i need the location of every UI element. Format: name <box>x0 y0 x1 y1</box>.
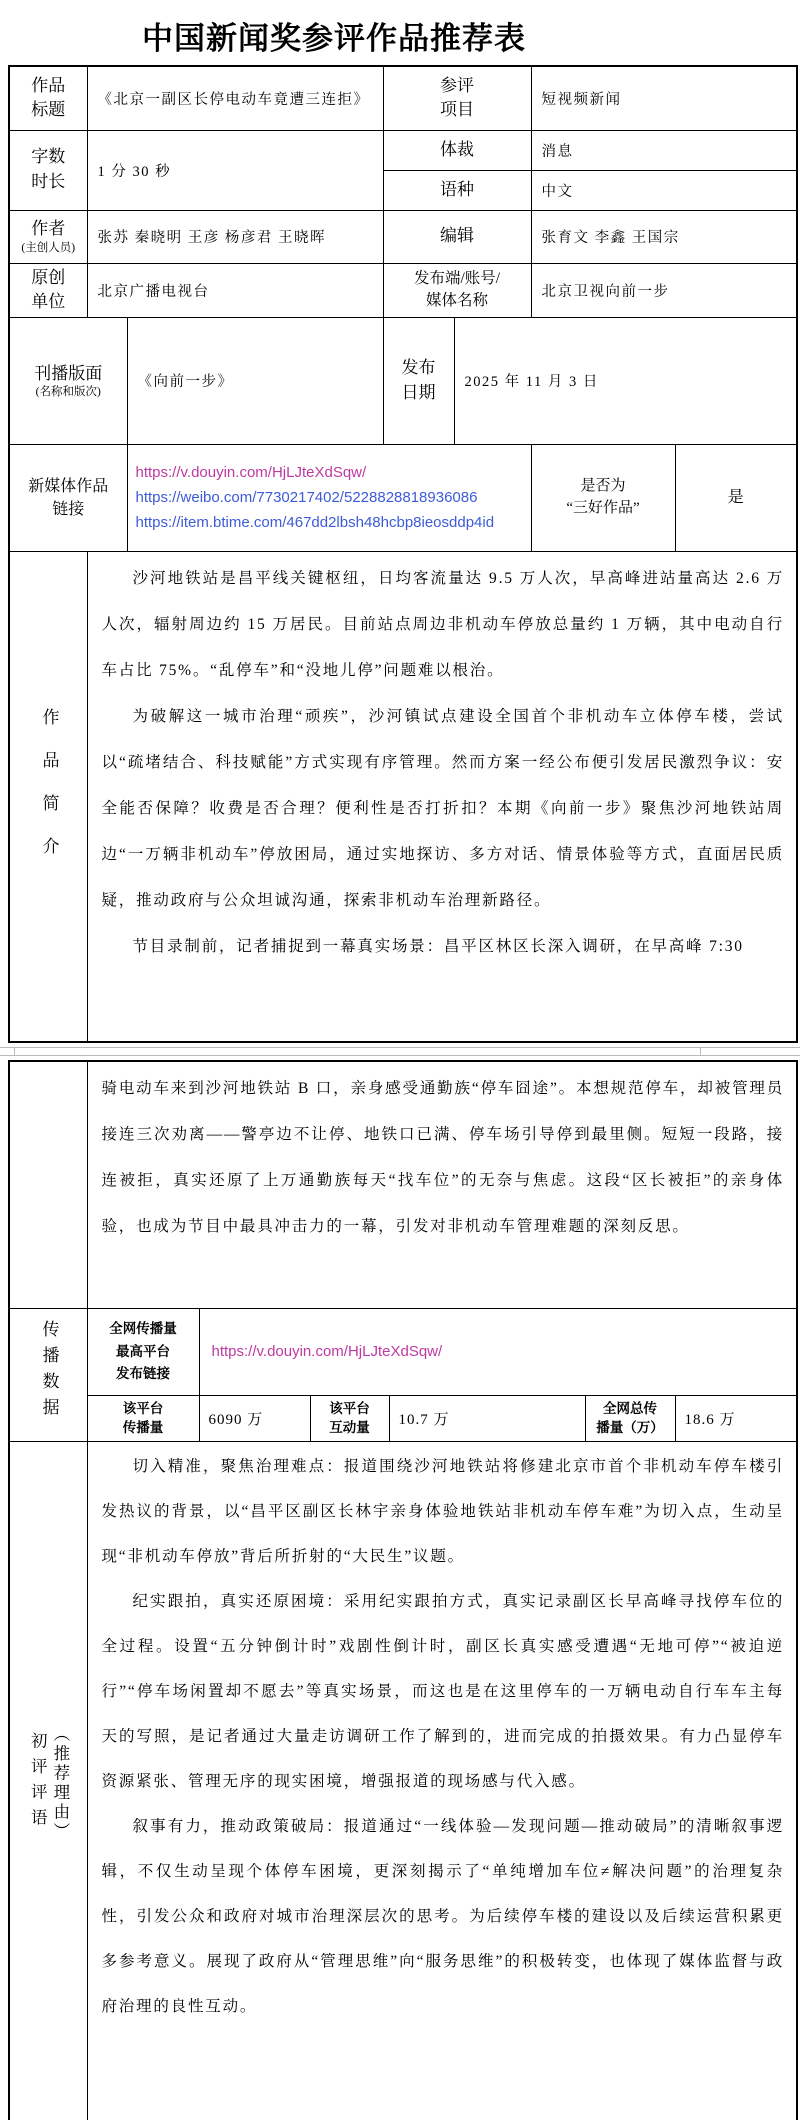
intro-continuation-text: 骑电动车来到沙河地铁站 B 口，亲身感受通勤族“停车囧途”。本想规范停车，却被管… <box>87 1061 797 1308</box>
platform-views-label: 该平台 传播量 <box>87 1395 199 1441</box>
review-text: 切入精准，聚焦治理难点：报道围绕沙河地铁站将修建北京市首个非机动车停车楼引发热议… <box>87 1441 797 2120</box>
length-value: 1 分 30 秒 <box>87 130 383 210</box>
recommendation-form-table-2: 骑电动车来到沙河地铁站 B 口，亲身感受通勤族“停车囧途”。本想规范停车，却被管… <box>8 1060 798 2120</box>
authors-value: 张苏 秦晓明 王彦 杨彦君 王晓晖 <box>87 210 383 263</box>
btime-link[interactable]: https://item.btime.com/467dd2lbsh48hcbp8… <box>136 514 495 531</box>
genre-value: 消息 <box>531 130 797 170</box>
intro-continuation-label-empty <box>9 1061 87 1308</box>
review-paragraph-2: 纪实跟拍，真实还原困境：采用纪实跟拍方式，真实记录副区长早高峰寻找停车位的全过程… <box>102 1579 785 1804</box>
authors-label-sub: (主创人员) <box>12 242 85 256</box>
intro-paragraph-1: 沙河地铁站是昌平线关键枢纽，日均客流量达 9.5 万人次，早高峰进站量高达 2.… <box>102 556 785 694</box>
top-platform-link[interactable]: https://v.douyin.com/HjLJteXdSqw/ <box>212 1343 443 1360</box>
sanhao-label: 是否为 “三好作品” <box>531 444 675 551</box>
row-authors: 作者(主创人员) 张苏 秦晓明 王彦 杨彦君 王晓晖 编辑 张育文 李鑫 王国宗 <box>9 210 797 263</box>
review-paragraph-3: 叙事有力，推动政策破局：报道通过“一线体验—发现问题—推动破局”的清晰叙事逻辑，… <box>102 1804 785 2029</box>
row-org: 原创 单位 北京广播电视台 发布端/账号/ 媒体名称 北京卫视向前一步 <box>9 263 797 317</box>
row-review: 初评评语 （推荐理由） 切入精准，聚焦治理难点：报道围绕沙河地铁站将修建北京市首… <box>9 1441 797 2120</box>
work-title-value: 《北京一副区长停电动车竟遭三连拒》 <box>87 66 383 130</box>
row-section: 刊播版面(名称和版次) 《向前一步》 发布 日期 2025 年 11 月 3 日 <box>9 317 797 444</box>
work-title-label: 作品 标题 <box>9 66 87 130</box>
section-value: 《向前一步》 <box>127 317 383 444</box>
recommendation-form-table-1: 作品 标题 《北京一副区长停电动车竟遭三连拒》 参评 项目 短视频新闻 字数 时… <box>8 65 798 1043</box>
review-paragraph-1: 切入精准，聚焦治理难点：报道围绕沙河地铁站将修建北京市首个非机动车停车楼引发热议… <box>102 1444 785 1579</box>
genre-label: 体裁 <box>383 130 531 170</box>
top-platform-label: 全网传播量 最高平台 发布链接 <box>87 1308 199 1395</box>
intro-paragraph-2: 为破解这一城市治理“顽疾”，沙河镇试点建设全国首个非机动车立体停车楼，尝试以“疏… <box>102 694 785 924</box>
intro-continuation-paragraph: 骑电动车来到沙河地铁站 B 口，亲身感受通勤族“停车囧途”。本想规范停车，却被管… <box>102 1066 785 1250</box>
intro-paragraph-3: 节目录制前，记者捕捉到一幕真实场景：昌平区林区长深入调研，在早高峰 7:30 <box>102 924 785 970</box>
editors-value: 张育文 李鑫 王国宗 <box>531 210 797 263</box>
publish-account-label: 发布端/账号/ 媒体名称 <box>383 263 531 317</box>
review-label: 初评评语 （推荐理由） <box>9 1441 87 2120</box>
publish-date-value: 2025 年 11 月 3 日 <box>454 317 797 444</box>
platform-interactions-label: 该平台 互动量 <box>310 1395 389 1441</box>
review-label-main: 初评评语 <box>27 1732 48 1834</box>
page-break <box>0 1043 800 1060</box>
length-label: 字数 时长 <box>9 130 87 210</box>
entry-category-value: 短视频新闻 <box>531 66 797 130</box>
total-views-value: 18.6 万 <box>675 1395 797 1441</box>
publish-account-value: 北京卫视向前一步 <box>531 263 797 317</box>
spread-data-label: 传播数据 <box>9 1308 87 1441</box>
language-value: 中文 <box>531 170 797 210</box>
platform-views-value: 6090 万 <box>199 1395 310 1441</box>
intro-label: 作品简介 <box>9 551 87 1042</box>
weibo-link[interactable]: https://weibo.com/7730217402/52288288189… <box>136 489 478 506</box>
row-intro-continuation: 骑电动车来到沙河地铁站 B 口，亲身感受通勤族“停车囧途”。本想规范停车，却被管… <box>9 1061 797 1308</box>
row-spread-top-platform: 传播数据 全网传播量 最高平台 发布链接 https://v.douyin.co… <box>9 1308 797 1395</box>
org-value: 北京广播电视台 <box>87 263 383 317</box>
row-work-title: 作品 标题 《北京一副区长停电动车竟遭三连拒》 参评 项目 短视频新闻 <box>9 66 797 130</box>
total-views-label: 全网总传 播量（万） <box>585 1395 675 1441</box>
review-label-paren: （推荐理由） <box>49 1725 70 1842</box>
intro-text: 沙河地铁站是昌平线关键枢纽，日均客流量达 9.5 万人次，早高峰进站量高达 2.… <box>87 551 797 1042</box>
editors-label: 编辑 <box>383 210 531 263</box>
newmedia-links-cell: https://v.douyin.com/HjLJteXdSqw/ https:… <box>127 444 531 551</box>
authors-label: 作者(主创人员) <box>9 210 87 263</box>
row-spread-metrics: 该平台 传播量 6090 万 该平台 互动量 10.7 万 全网总传 播量（万）… <box>9 1395 797 1441</box>
douyin-link[interactable]: https://v.douyin.com/HjLJteXdSqw/ <box>136 464 367 481</box>
page-title: 中国新闻奖参评作品推荐表 <box>142 13 800 58</box>
row-newmedia-links: 新媒体作品 链接 https://v.douyin.com/HjLJteXdSq… <box>9 444 797 551</box>
org-label: 原创 单位 <box>9 263 87 317</box>
platform-interactions-value: 10.7 万 <box>389 1395 585 1441</box>
newmedia-links-label: 新媒体作品 链接 <box>9 444 127 551</box>
section-label-sub: (名称和版次) <box>12 386 125 400</box>
entry-category-label: 参评 项目 <box>383 66 531 130</box>
language-label: 语种 <box>383 170 531 210</box>
row-intro: 作品简介 沙河地铁站是昌平线关键枢纽，日均客流量达 9.5 万人次，早高峰进站量… <box>9 551 797 1042</box>
row-length-genre: 字数 时长 1 分 30 秒 体裁 消息 <box>9 130 797 170</box>
sanhao-value: 是 <box>675 444 797 551</box>
top-platform-link-cell: https://v.douyin.com/HjLJteXdSqw/ <box>199 1308 797 1395</box>
publish-date-label: 发布 日期 <box>383 317 454 444</box>
section-label: 刊播版面(名称和版次) <box>9 317 127 444</box>
